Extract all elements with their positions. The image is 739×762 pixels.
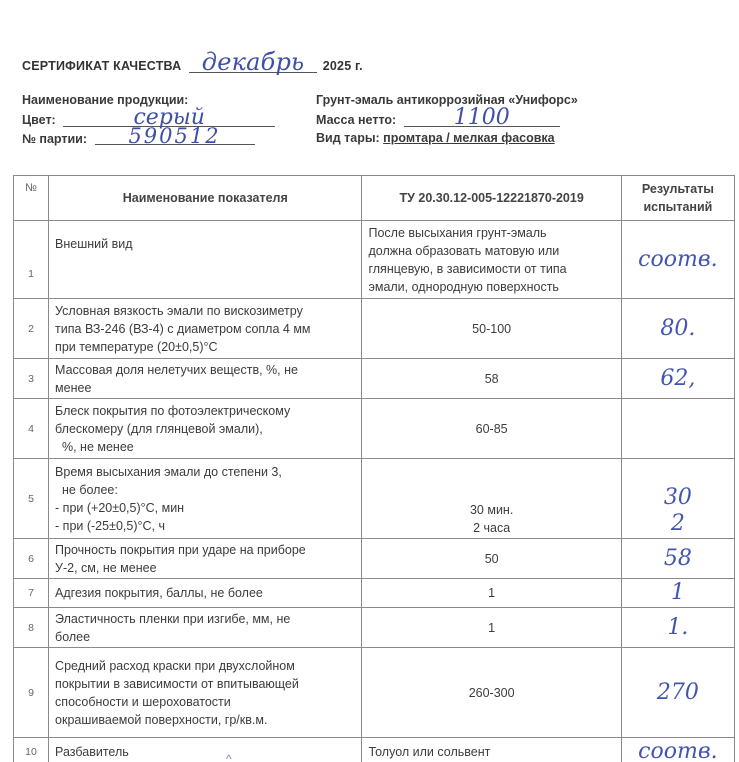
indicator-name-line: окрашиваемой поверхности, гр/кв.м. (55, 711, 355, 729)
indicator-name-line: Разбавитель (55, 743, 355, 761)
table-header-row: № Наименование показателя ТУ 20.30.12-00… (14, 176, 735, 221)
indicator-name-line: Условная вязкость эмали по вискозиметру (55, 302, 355, 320)
indicator-name: Внешний вид (49, 221, 362, 299)
spec-value: 50-100 (362, 299, 621, 359)
batch-handwritten: 590512 (95, 128, 255, 145)
table-row: 7Адгезия покрытия, баллы, не более11 (14, 579, 735, 608)
result-handwritten: 62, (628, 366, 728, 392)
table-row: 3Массовая доля нелетучих веществ, %, нем… (14, 359, 735, 399)
spec-value: 30 мин.2 часа (362, 459, 621, 539)
row-number: 3 (14, 359, 49, 399)
result-handwritten: 30 (628, 485, 728, 511)
row-number: 2 (14, 299, 49, 359)
test-result: 80. (621, 299, 734, 359)
indicator-name-line: Внешний вид (55, 235, 355, 253)
spec-line: 30 мин. (368, 501, 614, 519)
test-result: соотв. (621, 738, 734, 762)
indicator-name-line: - при (-25±0,5)°С, ч (55, 517, 355, 535)
month-handwritten: декабрь (189, 52, 317, 73)
table-row: 9Средний расход краски при двухслойномпо… (14, 648, 735, 738)
table-row: 4Блеск покрытия по фотоэлектрическомубле… (14, 399, 735, 459)
container-value: промтара / мелкая фасовка (383, 131, 554, 145)
spec-value: 58 (362, 359, 621, 399)
spec-line: эмали, однородную поверхность (368, 278, 614, 296)
spec-line: После высыхания грунт-эмаль (368, 224, 614, 242)
table-row: 5Время высыхания эмали до степени 3, не … (14, 459, 735, 539)
spec-line: 60-85 (368, 420, 614, 438)
indicator-name: Эластичность пленки при изгибе, мм, небо… (49, 608, 362, 648)
indicator-name-line: Прочность покрытия при ударе на приборе (55, 541, 355, 559)
indicator-name-line: %, не менее (55, 438, 355, 456)
indicator-name-line: способности и шероховатости (55, 693, 355, 711)
batch-row: № партии: 590512 (22, 128, 255, 146)
spec-line: 2 часа (368, 519, 614, 537)
spec-value: 60-85 (362, 399, 621, 459)
table-row: 8Эластичность пленки при изгибе, мм, неб… (14, 608, 735, 648)
indicator-name-line: - при (+20±0,5)°С, мин (55, 499, 355, 517)
test-result: 302 (621, 459, 734, 539)
indicator-name-line: У-2, см, не менее (55, 559, 355, 577)
spec-value: 260-300 (362, 648, 621, 738)
result-handwritten: соотв. (628, 739, 728, 762)
row-number: 9 (14, 648, 49, 738)
indicator-name-line: более (55, 628, 355, 646)
certificate-title: СЕРТИФИКАТ КАЧЕСТВА (22, 59, 181, 73)
quality-table: № Наименование показателя ТУ 20.30.12-00… (13, 175, 735, 762)
table-row: 6Прочность покрытия при ударе на приборе… (14, 539, 735, 579)
indicator-name-line: Блеск покрытия по фотоэлектрическому (55, 402, 355, 420)
result-handwritten: 80. (628, 316, 728, 342)
result-handwritten: 1. (628, 615, 728, 641)
batch-label: № партии: (22, 132, 87, 146)
spec-line: Толуол или сольвент (368, 743, 614, 761)
spec-value: 1 (362, 579, 621, 608)
spec-value: Толуол или сольвент (362, 738, 621, 762)
indicator-name: Время высыхания эмали до степени 3, не б… (49, 459, 362, 539)
certificate-title-line: СЕРТИФИКАТ КАЧЕСТВА декабрь 2025 г. (22, 52, 363, 73)
indicator-name: Средний расход краски при двухслойномпок… (49, 648, 362, 738)
indicator-name-line: Массовая доля нелетучих веществ, %, не (55, 361, 355, 379)
test-result: 270 (621, 648, 734, 738)
result-handwritten: 1 (628, 580, 728, 606)
test-result: 1. (621, 608, 734, 648)
indicator-name-line: Средний расход краски при двухслойном (55, 657, 355, 675)
indicator-name: Блеск покрытия по фотоэлектрическомублес… (49, 399, 362, 459)
spec-value: 50 (362, 539, 621, 579)
result-handwritten: 58 (628, 546, 728, 572)
test-result: 1 (621, 579, 734, 608)
table-row: 1Внешний видПосле высыхания грунт-эмальд… (14, 221, 735, 299)
product-value: Грунт-эмаль антикоррозийная «Унифорс» (316, 93, 578, 107)
spec-value: 1 (362, 608, 621, 648)
indicator-name-line: Время высыхания эмали до степени 3, (55, 463, 355, 481)
result-handwritten: соотв. (628, 247, 728, 273)
column-header-results: Результаты испытаний (621, 176, 734, 221)
test-result: 58 (621, 539, 734, 579)
test-result (621, 399, 734, 459)
row-number: 7 (14, 579, 49, 608)
indicator-name-line: при температуре (20±0,5)°С (55, 338, 355, 356)
spec-value: После высыхания грунт-эмальдолжна образо… (362, 221, 621, 299)
indicator-name: Условная вязкость эмали по вискозиметрут… (49, 299, 362, 359)
container-row: Вид тары: промтара / мелкая фасовка (316, 131, 555, 145)
spec-line: 1 (368, 584, 614, 602)
container-label: Вид тары: (316, 131, 380, 145)
spec-line: 1 (368, 619, 614, 637)
table-row: 2Условная вязкость эмали по вискозиметру… (14, 299, 735, 359)
column-header-no: № (14, 176, 49, 221)
mass-label: Масса нетто: (316, 113, 396, 127)
table-body: 1Внешний видПосле высыхания грунт-эмальд… (14, 221, 735, 762)
spec-line: глянцевую, в зависимости от типа (368, 260, 614, 278)
indicator-name-line: Адгезия покрытия, баллы, не более (55, 584, 355, 602)
spec-line: 58 (368, 370, 614, 388)
indicator-name-line: блескомеру (для глянцевой эмали), (55, 420, 355, 438)
test-result: соотв. (621, 221, 734, 299)
row-number: 5 (14, 459, 49, 539)
indicator-name: Массовая доля нелетучих веществ, %, неме… (49, 359, 362, 399)
row-number: 4 (14, 399, 49, 459)
column-header-spec: ТУ 20.30.12-005-12221870-2019 (362, 176, 621, 221)
column-header-indicator: Наименование показателя (49, 176, 362, 221)
indicator-name: Разбавитель (49, 738, 362, 762)
indicator-name-line: покрытии в зависимости от впитывающей (55, 675, 355, 693)
spec-line: 50 (368, 550, 614, 568)
spec-line: 260-300 (368, 684, 614, 702)
table-row: 10РазбавительТолуол или сольвентсоотв. (14, 738, 735, 762)
row-number: 1 (14, 221, 49, 299)
spec-line: 50-100 (368, 320, 614, 338)
indicator-name: Прочность покрытия при ударе на прибореУ… (49, 539, 362, 579)
indicator-name-line: не более: (55, 481, 355, 499)
mass-handwritten: 1100 (404, 110, 560, 127)
indicator-name: Адгезия покрытия, баллы, не более (49, 579, 362, 608)
row-number: 8 (14, 608, 49, 648)
indicator-name-line: Эластичность пленки при изгибе, мм, не (55, 610, 355, 628)
color-label: Цвет: (22, 113, 56, 127)
row-number: 10 (14, 738, 49, 762)
spec-line: должна образовать матовую или (368, 242, 614, 260)
indicator-name-line: менее (55, 379, 355, 397)
result-handwritten: 2 (628, 511, 728, 537)
mass-row: Масса нетто: 1100 (316, 110, 560, 127)
row-number: 6 (14, 539, 49, 579)
result-handwritten: 270 (628, 680, 728, 706)
test-result: 62, (621, 359, 734, 399)
indicator-name-line: типа ВЗ-246 (ВЗ-4) с диаметром сопла 4 м… (55, 320, 355, 338)
pen-mark-icon: ^ (226, 752, 232, 762)
year: 2025 г. (323, 59, 363, 73)
